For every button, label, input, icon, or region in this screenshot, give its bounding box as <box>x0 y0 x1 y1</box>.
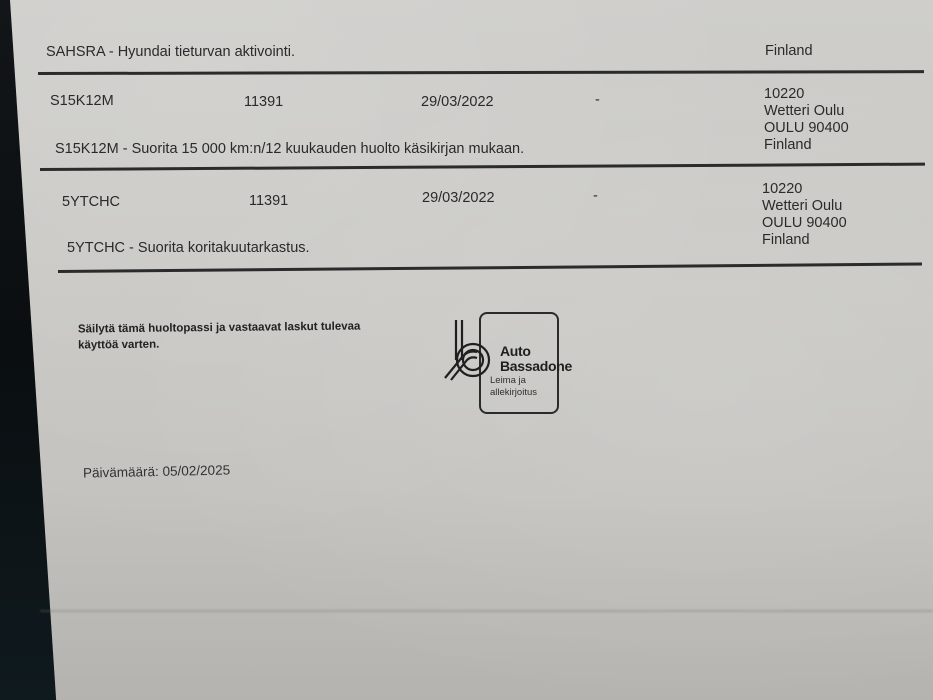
entry-dash: - <box>593 188 598 204</box>
date-value: 05/02/2025 <box>162 462 230 478</box>
stamp-caption-line-2: allekirjoitus <box>490 387 537 399</box>
header-country: Finland <box>765 43 813 59</box>
document-date: Päivämäärä: 05/02/2025 <box>83 462 230 480</box>
dealer-name: Wetteri Oulu <box>762 198 847 215</box>
entry-dash: - <box>595 92 600 108</box>
dealer-city: OULU 90400 <box>762 215 847 232</box>
dealer-city: OULU 90400 <box>764 120 849 137</box>
dealer-name: Wetteri Oulu <box>764 103 849 120</box>
entry-date: 29/03/2022 <box>422 190 495 206</box>
date-label: Päivämäärä: <box>83 464 159 481</box>
retention-notice: Säilytä tämä huoltopassi ja vastaavat la… <box>78 319 361 354</box>
stamp-brand-line-2: Bassadone <box>500 359 572 374</box>
stamp-caption: Leima ja allekirjoitus <box>490 375 537 399</box>
notice-line-2: käyttöä varten. <box>78 335 361 354</box>
entry-number: 11391 <box>249 193 288 209</box>
entry-number: 11391 <box>244 94 283 110</box>
dealer-country: Finland <box>762 232 847 249</box>
header-title: SAHSRA - Hyundai tieturvan aktivointi. <box>46 44 295 60</box>
stamp-caption-line-1: Leima ja <box>490 375 537 387</box>
dealer-address: 10220 Wetteri Oulu OULU 90400 Finland <box>764 86 849 154</box>
stamp-brand: Auto Bassadone <box>500 344 572 374</box>
dealer-stamp: Auto Bassadone Leima ja allekirjoitus <box>443 312 613 416</box>
paper-fold-line <box>40 610 933 612</box>
entry-description: 5YTCHC - Suorita koritakuutarkastus. <box>67 240 310 256</box>
dealer-address: 10220 Wetteri Oulu OULU 90400 Finland <box>762 181 847 249</box>
entry-description: S15K12M - Suorita 15 000 km:n/12 kuukaud… <box>55 141 524 157</box>
entry-code: 5YTCHC <box>62 194 120 210</box>
entry-code: S15K12M <box>50 93 114 109</box>
dealer-id: 10220 <box>762 181 847 198</box>
entry-date: 29/03/2022 <box>421 94 494 110</box>
stamp-brand-line-1: Auto <box>500 344 572 359</box>
dealer-country: Finland <box>764 137 849 154</box>
notice-line-1: Säilytä tämä huoltopassi ja vastaavat la… <box>78 319 361 338</box>
dealer-id: 10220 <box>764 86 849 103</box>
